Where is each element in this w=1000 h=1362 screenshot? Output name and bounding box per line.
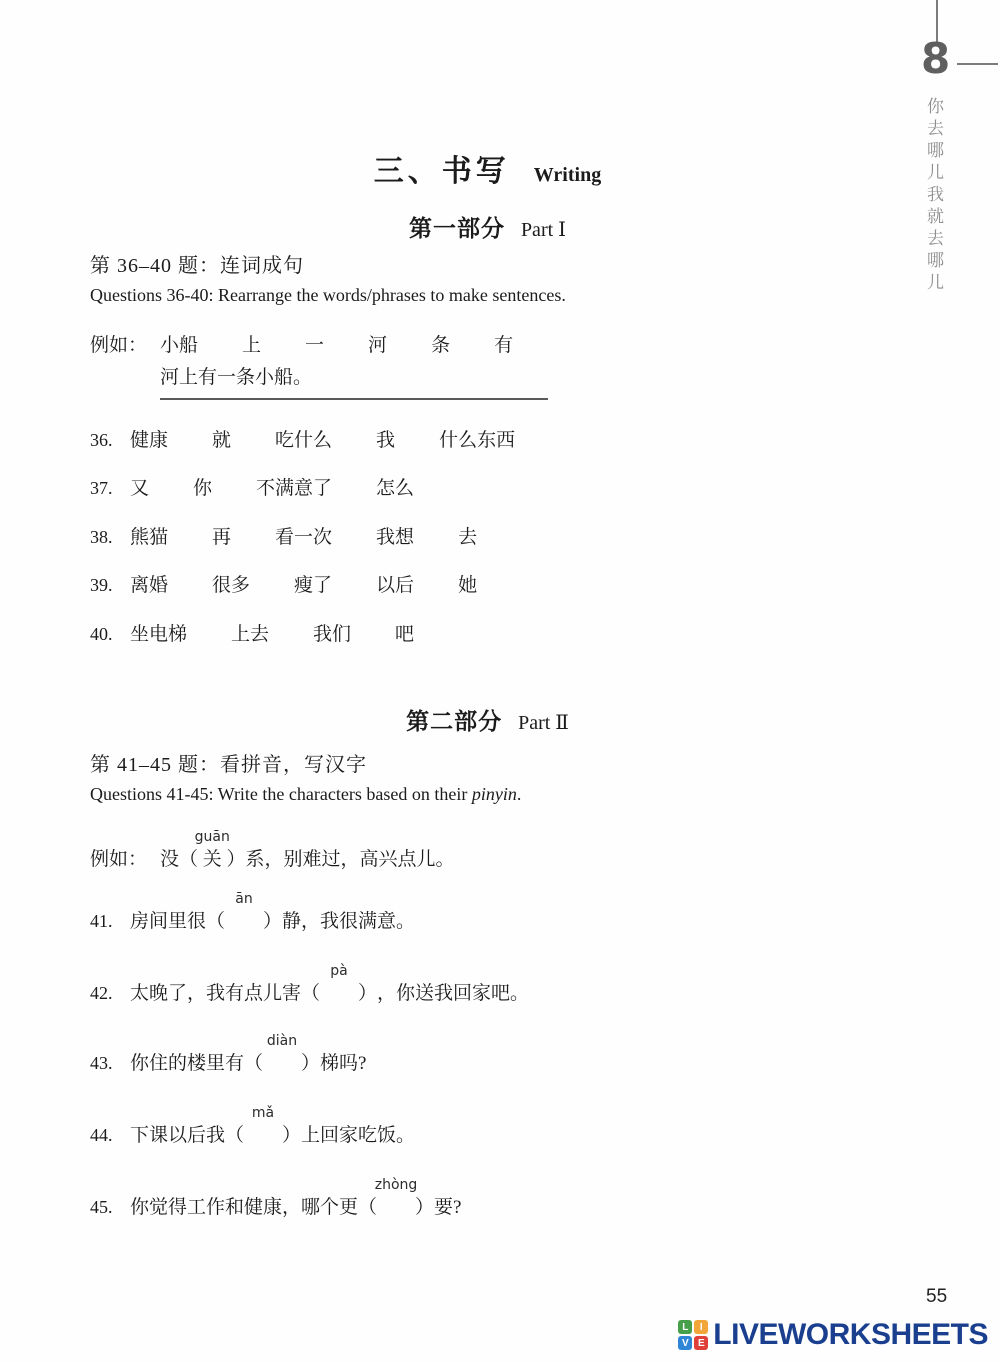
- part2-heading-zh: 第二部分: [406, 709, 502, 735]
- question-42: 42.太晚了，我有点儿害pà（ ），你送我回家吧。: [90, 978, 529, 1005]
- question-number: 41.: [90, 911, 130, 932]
- example-answer-blank: guān（ 关 ）: [179, 844, 246, 871]
- example-label: 例如：: [90, 844, 160, 871]
- word: 上去: [231, 619, 269, 646]
- instruction-suffix: .: [517, 784, 522, 804]
- word: 你: [193, 473, 212, 500]
- part2-instruction-en: Questions 41-45: Write the characters ba…: [90, 784, 521, 805]
- blank-parens: （ ）: [225, 1125, 301, 1146]
- word: 就: [212, 425, 231, 452]
- instruction-pinyin-word: pinyin: [472, 784, 517, 804]
- pinyin-hint: zhòng: [375, 1177, 418, 1193]
- question-40: 40. 坐电梯上去我们吧: [90, 619, 414, 646]
- word: 看一次: [275, 522, 332, 549]
- question-39: 39. 离婚很多瘦了以后她: [90, 570, 477, 597]
- question-36: 36. 健康就吃什么我什么东西: [90, 425, 515, 452]
- example-pre-text: 没: [160, 849, 179, 870]
- question-pre-text: 房间里很: [130, 911, 206, 932]
- pinyin-hint: diàn: [267, 1033, 297, 1049]
- part1-heading-en: Part Ⅰ: [521, 219, 566, 241]
- section-title-zh: 三、书写: [374, 154, 510, 189]
- word: 我: [376, 425, 395, 452]
- word: 离婚: [130, 570, 168, 597]
- blank-parens: （ ）: [244, 1053, 320, 1074]
- word: 有: [494, 330, 513, 357]
- word: 以后: [376, 570, 414, 597]
- word: 小船: [160, 330, 198, 357]
- section-title-en: Writing: [534, 164, 601, 186]
- chapter-title-vertical: 你去哪儿我就去哪儿: [921, 97, 946, 295]
- e-letter-square: E: [694, 1336, 708, 1350]
- worksheet-page: 三、书写Writing 第一部分Part Ⅰ 第 36–40 题：连词成句 Qu…: [0, 0, 1000, 1362]
- question-38: 38. 熊猫再看一次我想去: [90, 522, 477, 549]
- question-37: 37. 又你不满意了怎么: [90, 473, 414, 500]
- word: 去: [458, 522, 477, 549]
- question-number: 44.: [90, 1125, 130, 1146]
- question-number: 43.: [90, 1053, 130, 1074]
- v-letter-square: V: [678, 1336, 692, 1350]
- l-letter-square: L: [678, 1320, 692, 1334]
- pinyin-hint: pà: [330, 963, 347, 979]
- word: 吧: [395, 619, 414, 646]
- part1-heading-zh: 第一部分: [409, 216, 505, 242]
- question-number: 36.: [90, 430, 130, 451]
- word: 又: [130, 473, 149, 500]
- question-number: 40.: [90, 624, 130, 645]
- part2-heading: 第二部分Part Ⅱ: [90, 703, 885, 736]
- blank-parens: （ ）: [206, 911, 282, 932]
- question-number: 45.: [90, 1197, 130, 1218]
- question-pre-text: 你住的楼里有: [130, 1053, 244, 1074]
- chapter-number: 8: [921, 38, 950, 80]
- question-words: 熊猫再看一次我想去: [130, 522, 477, 549]
- question-number: 39.: [90, 575, 130, 596]
- word: 河: [368, 330, 387, 357]
- question-number: 38.: [90, 527, 130, 548]
- question-43: 43.你住的楼里有diàn（ ）梯吗?: [90, 1048, 366, 1075]
- word: 再: [212, 522, 231, 549]
- instruction-prefix: Questions 41-45: Write the characters ba…: [90, 784, 472, 804]
- liveworksheets-logo-text: LIVEWORKSHEETS: [713, 1318, 988, 1352]
- word: 她: [458, 570, 477, 597]
- question-number: 42.: [90, 983, 130, 1004]
- part1-instruction-en: Questions 36-40: Rearrange the words/phr…: [90, 285, 566, 306]
- question-post-text: ，你送我回家吧。: [377, 983, 529, 1004]
- word: 什么东西: [439, 425, 515, 452]
- example-post-text: 系，别难过，高兴点儿。: [246, 849, 455, 870]
- liveworksheets-logo-icon: LIVE: [678, 1320, 708, 1350]
- example-words: 小船上一河条有: [160, 330, 513, 357]
- question-post-text: 要?: [434, 1197, 461, 1218]
- part2-example: 例如：没guān（ 关 ）系，别难过，高兴点儿。: [90, 844, 455, 871]
- word: 瘦了: [294, 570, 332, 597]
- question-post-text: 梯吗?: [320, 1053, 366, 1074]
- question-words: 健康就吃什么我什么东西: [130, 425, 515, 452]
- pinyin-hint: mǎ: [252, 1105, 274, 1121]
- question-post-text: 上回家吃饭。: [301, 1125, 415, 1146]
- question-pre-text: 下课以后我: [130, 1125, 225, 1146]
- word: 坐电梯: [130, 619, 187, 646]
- question-pre-text: 太晚了，我有点儿害: [130, 983, 301, 1004]
- answer-blank[interactable]: diàn（ ）: [244, 1048, 320, 1075]
- part1-heading: 第一部分Part Ⅰ: [90, 210, 885, 243]
- word: 吃什么: [275, 425, 332, 452]
- part1-instruction-zh: 第 36–40 题：连词成句: [90, 249, 304, 278]
- answer-blank[interactable]: pà（ ）: [301, 978, 377, 1005]
- question-44: 44.下课以后我mǎ（ ）上回家吃饭。: [90, 1120, 415, 1147]
- word: 一: [305, 330, 324, 357]
- pinyin-hint: ān: [235, 891, 252, 907]
- word: 熊猫: [130, 522, 168, 549]
- question-41: 41.房间里很ān（ ）静，我很满意。: [90, 906, 415, 933]
- section-title: 三、书写Writing: [90, 146, 885, 190]
- word: 我们: [313, 619, 351, 646]
- question-words: 离婚很多瘦了以后她: [130, 570, 477, 597]
- word: 很多: [212, 570, 250, 597]
- blank-parens: （ ）: [301, 983, 377, 1004]
- question-number: 37.: [90, 478, 130, 499]
- question-words: 又你不满意了怎么: [130, 473, 414, 500]
- word: 健康: [130, 425, 168, 452]
- word: 我想: [376, 522, 414, 549]
- word: 怎么: [376, 473, 414, 500]
- answer-blank[interactable]: zhòng（ ）: [358, 1192, 434, 1219]
- part2-heading-en: Part Ⅱ: [518, 712, 569, 734]
- question-words: 坐电梯上去我们吧: [130, 619, 414, 646]
- word: 不满意了: [256, 473, 332, 500]
- question-45: 45.你觉得工作和健康，哪个更zhòng（ ）要?: [90, 1192, 461, 1219]
- word: 条: [431, 330, 450, 357]
- part1-example: 例如： 小船上一河条有: [90, 330, 513, 357]
- chapter-dash-line: [957, 63, 998, 65]
- question-post-text: 静，我很满意。: [282, 911, 415, 932]
- part1-example-answer: 河上有一条小船。: [160, 362, 548, 400]
- i-letter-square: I: [694, 1320, 708, 1334]
- answer-blank[interactable]: mǎ（ ）: [225, 1120, 301, 1147]
- question-pre-text: 你觉得工作和健康，哪个更: [130, 1197, 358, 1218]
- page-number: 55: [926, 1286, 947, 1308]
- answer-blank[interactable]: ān（ ）: [206, 906, 282, 933]
- pinyin-hint: guān: [195, 829, 230, 845]
- part2-instruction-zh: 第 41–45 题：看拼音，写汉字: [90, 748, 367, 777]
- blank-parens: （ 关 ）: [179, 849, 246, 870]
- word: 上: [242, 330, 261, 357]
- example-label: 例如：: [90, 330, 160, 357]
- liveworksheets-logo[interactable]: LIVE LIVEWORKSHEETS: [678, 1318, 988, 1352]
- example-answer-text: 河上有一条小船。: [160, 367, 312, 388]
- blank-parens: （ ）: [358, 1197, 434, 1218]
